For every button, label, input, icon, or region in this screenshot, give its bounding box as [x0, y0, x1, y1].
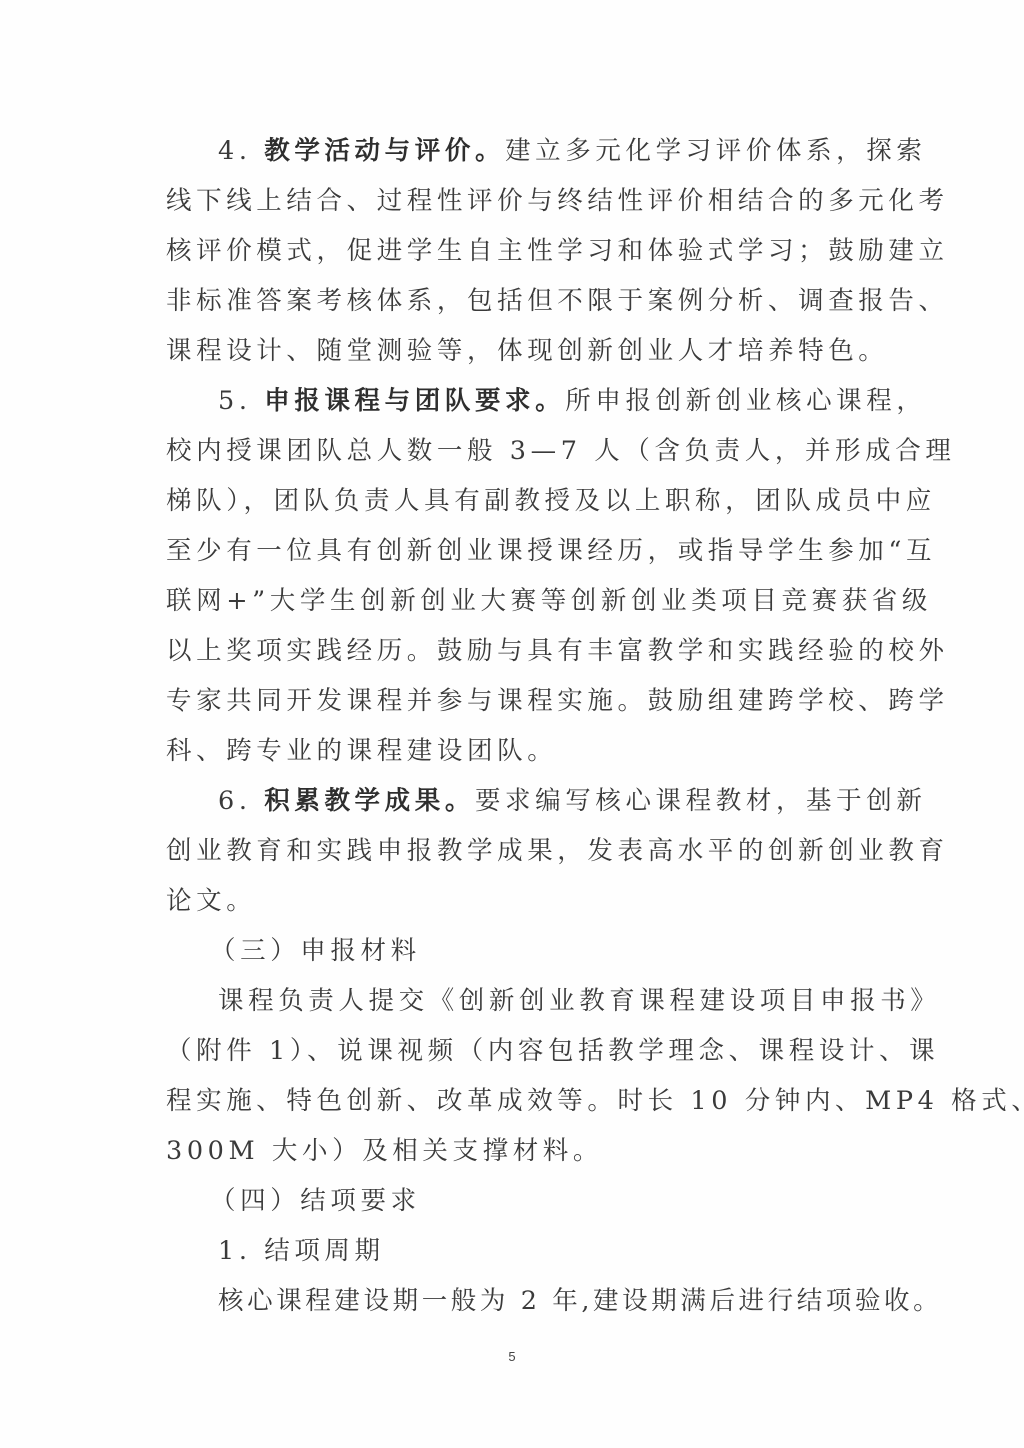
item4-number: 4. — [218, 136, 252, 166]
item6-title: 积累教学成果。 — [264, 786, 475, 816]
item5-title: 申报课程与团队要求。 — [264, 386, 565, 416]
item5-line-2: 梯队），团队负责人具有副教授及以上职称，团队成员中应 — [166, 486, 876, 516]
section3-line-2: 程实施、特色创新、改革成效等。时长 10 分钟内、MP4 格式、 — [166, 1086, 876, 1116]
item5-line-3: 至少有一位具有创新创业课授课经历，或指导学生参加“互 — [166, 536, 876, 566]
item5-line-5: 以上奖项实践经历。鼓励与具有丰富教学和实践经验的校外 — [166, 636, 876, 666]
item5-number: 5. — [218, 386, 252, 416]
item5-line-1: 校内授课团队总人数一般 3—7 人（含负责人，并形成合理 — [166, 436, 876, 466]
section4-heading: （四）结项要求 — [210, 1186, 920, 1216]
item5-line-7: 科、跨专业的课程建设团队。 — [166, 736, 876, 766]
item6-line-0: 要求编写核心课程教材，基于创新 — [475, 786, 927, 816]
item4-line-4: 课程设计、随堂测验等，体现创新创业人才培养特色。 — [166, 336, 876, 366]
page-number: 5 — [0, 1349, 1024, 1364]
section3-line-1: （附件 1）、说课视频（内容包括教学理念、课程设计、课 — [166, 1036, 876, 1066]
document-page: 4. 教学活动与评价。建立多元化学习评价体系，探索 线下线上结合、过程性评价与终… — [0, 0, 1024, 1448]
section3-line-3: 300M 大小）及相关支撑材料。 — [166, 1136, 876, 1166]
item4-line-1: 线下线上结合、过程性评价与终结性评价相结合的多元化考 — [166, 186, 876, 216]
section4-line-0: 核心课程建设期一般为 2 年,建设期满后进行结项验收。 — [218, 1286, 878, 1316]
section3-line-0: 课程负责人提交《创新创业教育课程建设项目申报书》 — [218, 986, 878, 1016]
item5-first-line: 5. 申报课程与团队要求。所申报创新创业核心课程， — [218, 386, 878, 416]
item4-line-3: 非标准答案考核体系，包括但不限于案例分析、调查报告、 — [166, 286, 876, 316]
item4-first-line: 4. 教学活动与评价。建立多元化学习评价体系，探索 — [218, 136, 878, 166]
item6-line-2: 论文。 — [166, 886, 876, 916]
item5-line-4: 联网+”大学生创新创业大赛等创新创业类项目竞赛获省级 — [166, 586, 876, 616]
item4-line-0: 建立多元化学习评价体系，探索 — [505, 136, 926, 166]
item6-first-line: 6. 积累教学成果。要求编写核心课程教材，基于创新 — [218, 786, 878, 816]
item5-line-6: 专家共同开发课程并参与课程实施。鼓励组建跨学校、跨学 — [166, 686, 876, 716]
item4-title: 教学活动与评价。 — [264, 136, 505, 166]
section3-heading: （三）申报材料 — [210, 936, 920, 966]
item6-number: 6. — [218, 786, 252, 816]
item4-line-2: 核评价模式，促进学生自主性学习和体验式学习；鼓励建立 — [166, 236, 876, 266]
item5-line-0: 所申报创新创业核心课程， — [565, 386, 926, 416]
section4-subheading: 1. 结项周期 — [218, 1236, 878, 1266]
item6-line-1: 创业教育和实践申报教学成果，发表高水平的创新创业教育 — [166, 836, 876, 866]
